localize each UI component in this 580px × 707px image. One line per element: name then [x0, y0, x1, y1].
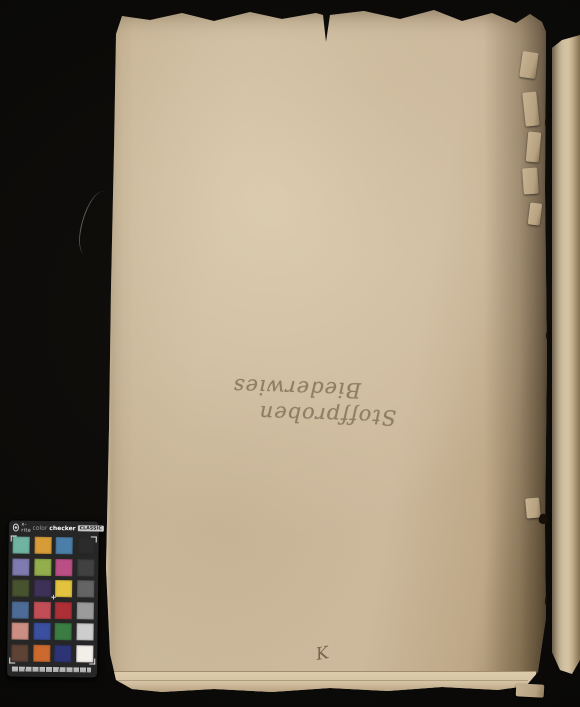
colorchecker-patch-purplish-blue	[33, 623, 50, 640]
colorchecker-patch-bluish-green	[13, 537, 30, 554]
colorchecker-patch-cyan	[56, 537, 73, 554]
handwritten-line-2: Biederwies	[245, 370, 362, 404]
xrite-brand: x-rite	[13, 522, 33, 534]
colorchecker-patch-red	[55, 602, 72, 619]
colorchecker-patch-yellow-green	[34, 558, 51, 575]
colorchecker-patch-orange-yellow	[34, 537, 51, 554]
xrite-brand-label: x-rite	[21, 522, 32, 534]
ruler-scale	[11, 666, 91, 672]
torn-paper-fragment	[525, 497, 541, 518]
colorchecker-patch-orange	[33, 645, 50, 662]
colorchecker-patch-light-skin	[11, 623, 28, 640]
classic-badge: CLASSIC	[78, 525, 104, 531]
right-page	[552, 30, 580, 680]
colorchecker-patch-neutral-5	[77, 580, 94, 597]
colorchecker-patch-green	[55, 623, 72, 640]
colorchecker-patch-black	[77, 537, 94, 554]
binding-stitch	[545, 597, 547, 605]
colorchecker-patch-blue	[54, 645, 71, 662]
colorchecker-patch-neutral-3-5	[77, 559, 94, 576]
colorchecker-title: color checker CLASSIC	[32, 524, 103, 532]
colorchecker-patch-neutral-8	[76, 624, 93, 641]
colorchecker-patch-foliage	[12, 580, 29, 597]
torn-paper-fragment	[526, 131, 542, 162]
gutter-fold-shadow	[484, 8, 548, 694]
xrite-logo-icon	[13, 524, 20, 532]
colorchecker-patch-magenta	[55, 559, 72, 576]
binding-stitch	[545, 118, 547, 127]
bottom-crease	[116, 680, 528, 681]
colorchecker-header: x-rite color checker CLASSIC	[9, 520, 99, 535]
archival-photo-frame: Stoffproben Biederwies K x-rite color ch…	[0, 0, 580, 707]
left-page: Stoffproben Biederwies K	[102, 8, 548, 694]
colorchecker-title-bold: checker	[49, 524, 75, 531]
colorchecker-patch-blue-sky	[12, 601, 29, 618]
pencil-mark-k: K	[314, 643, 330, 665]
torn-paper-fragment	[516, 683, 545, 697]
colorchecker-patch-blue-flower	[12, 558, 29, 575]
colorchecker-card: x-rite color checker CLASSIC +	[7, 520, 99, 677]
loose-thread	[73, 188, 115, 258]
page-left-edge	[104, 30, 112, 684]
center-cross-marker: +	[49, 594, 58, 603]
torn-paper-fragment	[522, 168, 539, 195]
colorchecker-title-light: color	[32, 524, 47, 531]
page-bottom-edge	[110, 671, 536, 692]
handwritten-line-1: Stoffproben	[258, 401, 396, 430]
binding-stitch	[546, 332, 548, 339]
colorchecker-patch-neutral-6-5	[77, 602, 94, 619]
handwritten-note: Stoffproben Biederwies	[244, 349, 399, 432]
colorchecker-patch-dark-skin	[11, 644, 28, 661]
colorchecker-patch-moderate-red	[33, 602, 50, 619]
colorchecker-patch-white	[76, 645, 93, 662]
